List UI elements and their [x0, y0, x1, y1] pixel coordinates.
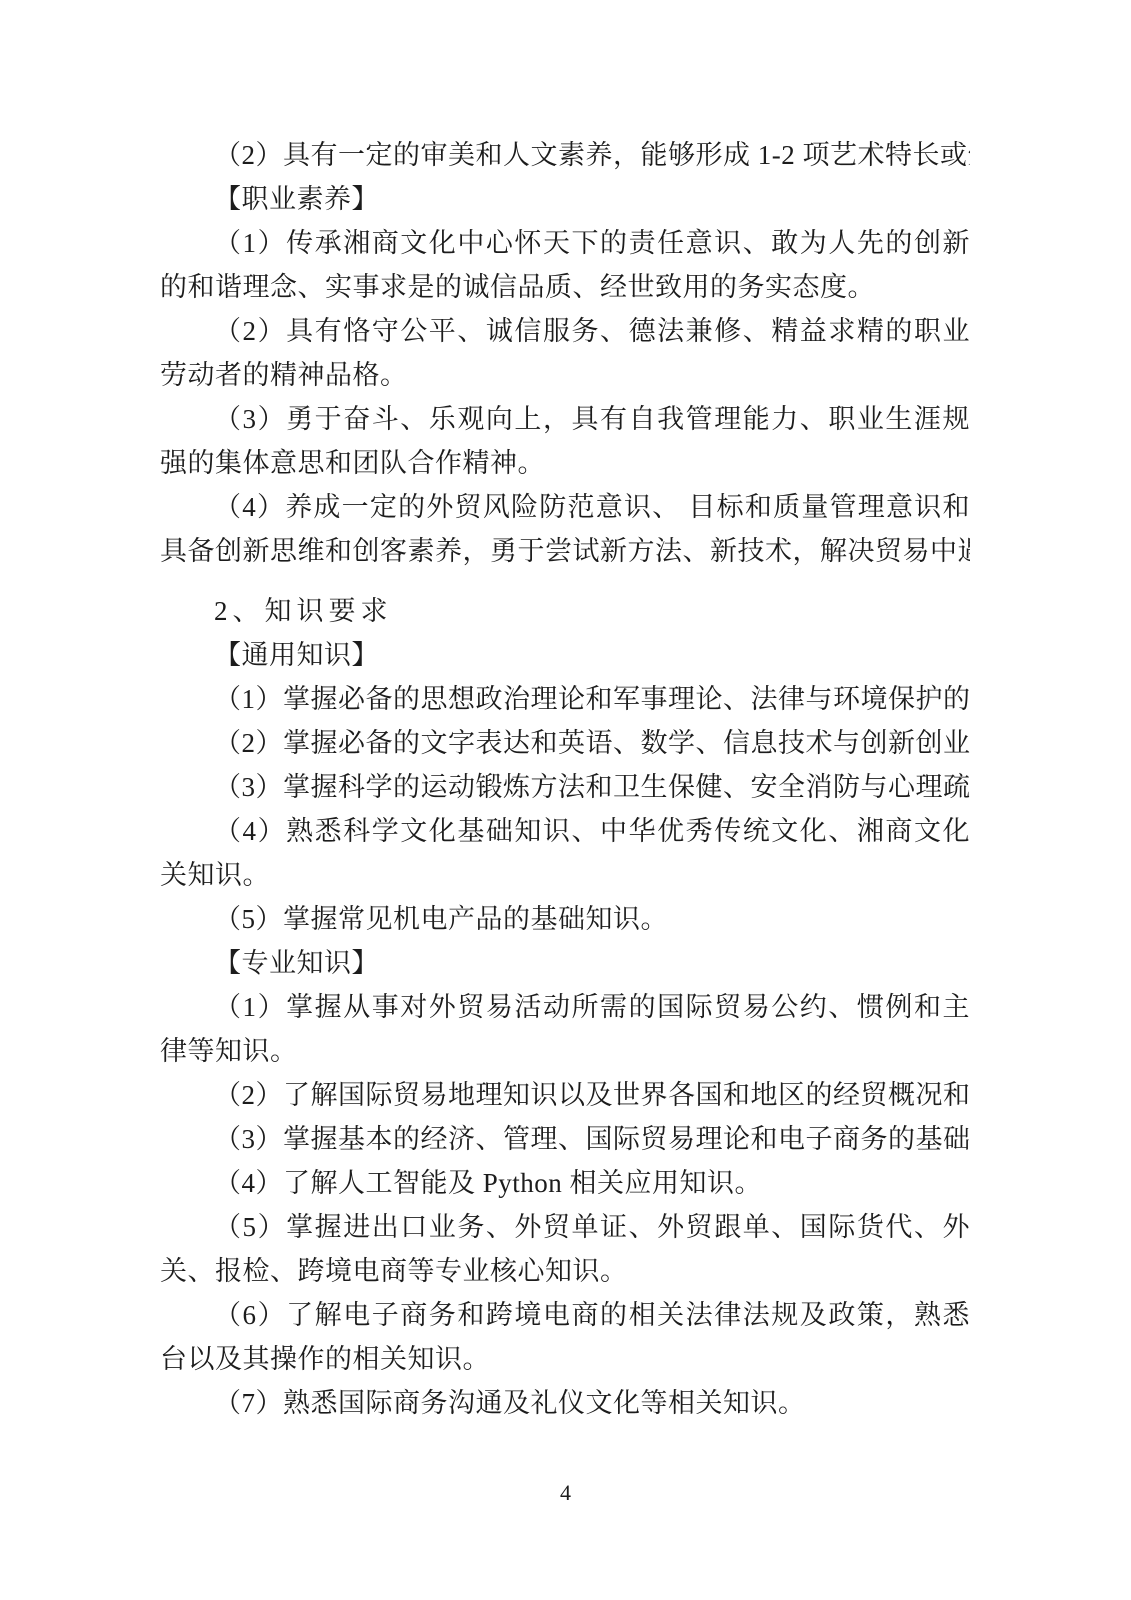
paragraph-line: （5）掌握进出口业务、外贸单证、外贸跟单、国际货代、外贸英文函电、报	[160, 1205, 970, 1249]
paragraph-line: （7）熟悉国际商务沟通及礼仪文化等相关知识。	[160, 1381, 970, 1425]
heading-professional-knowledge: 【专业知识】	[160, 941, 970, 985]
paragraph-line: （5）掌握常见机电产品的基础知识。	[160, 897, 970, 941]
paragraph-line: （2）具有恪守公平、诚信服务、德法兼修、精益求精的职业素养，践行优秀	[160, 309, 970, 353]
heading-general-knowledge: 【通用知识】	[160, 633, 970, 677]
paragraph-line: 具备创新思维和创客素养，勇于尝试新方法、新技术，解决贸易中遇到的问题。	[160, 529, 970, 573]
paragraph-line: （2）了解国际贸易地理知识以及世界各国和地区的经贸概况和格局。	[160, 1073, 970, 1117]
document-body: （2）具有一定的审美和人文素养，能够形成 1-2 项艺术特长或爱好。 【职业素养…	[160, 133, 970, 1425]
paragraph-line: （3）掌握基本的经济、管理、国际贸易理论和电子商务的基础知识。	[160, 1117, 970, 1161]
paragraph-line: （1）掌握必备的思想政治理论和军事理论、法律与环境保护的基本知识。	[160, 677, 970, 721]
paragraph-line: 关、报检、跨境电商等专业核心知识。	[160, 1249, 970, 1293]
paragraph-line: 台以及其操作的相关知识。	[160, 1337, 970, 1381]
paragraph-line: 强的集体意思和团队合作精神。	[160, 441, 970, 485]
paragraph-line: （1）掌握从事对外贸易活动所需的国际贸易公约、惯例和主要贸易国家的法	[160, 985, 970, 1029]
paragraph-line: 劳动者的精神品格。	[160, 353, 970, 397]
paragraph-line: 关知识。	[160, 853, 970, 897]
page-number: 4	[560, 1480, 571, 1505]
paragraph-line: 的和谐理念、实事求是的诚信品质、经世致用的务实态度。	[160, 265, 970, 309]
paragraph-line: 律等知识。	[160, 1029, 970, 1073]
paragraph-line: （4）熟悉科学文化基础知识、中华优秀传统文化、湘商文化及工业文化的相	[160, 809, 970, 853]
document-page: （2）具有一定的审美和人文素养，能够形成 1-2 项艺术特长或爱好。 【职业素养…	[0, 0, 1131, 1600]
paragraph-line: （4）养成一定的外贸风险防范意识、 目标和质量管理意识和网络安全意识。	[160, 485, 970, 529]
paragraph-line: （1）传承湘商文化中心怀天下的责任意识、敢为人先的创新精神、兼容并蓄	[160, 221, 970, 265]
paragraph-line: （4）了解人工智能及 Python 相关应用知识。	[160, 1161, 970, 1205]
page-footer: 4	[0, 1478, 1131, 1508]
paragraph-line: （2）具有一定的审美和人文素养，能够形成 1-2 项艺术特长或爱好。	[160, 133, 970, 177]
paragraph-line: （2）掌握必备的文字表达和英语、数学、信息技术与创新创业的基本知识。	[160, 721, 970, 765]
heading-knowledge-requirements: 2、知识要求	[160, 589, 970, 633]
paragraph-line: （3）掌握科学的运动锻炼方法和卫生保健、安全消防与心理疏导的相关知识。	[160, 765, 970, 809]
paragraph-line: （3）勇于奋斗、乐观向上，具有自我管理能力、职业生涯规划的意识，有较	[160, 397, 970, 441]
paragraph-line: （6）了解电子商务和跨境电商的相关法律法规及政策，熟悉跨境电商主要平	[160, 1293, 970, 1337]
heading-professional-quality: 【职业素养】	[160, 177, 970, 221]
